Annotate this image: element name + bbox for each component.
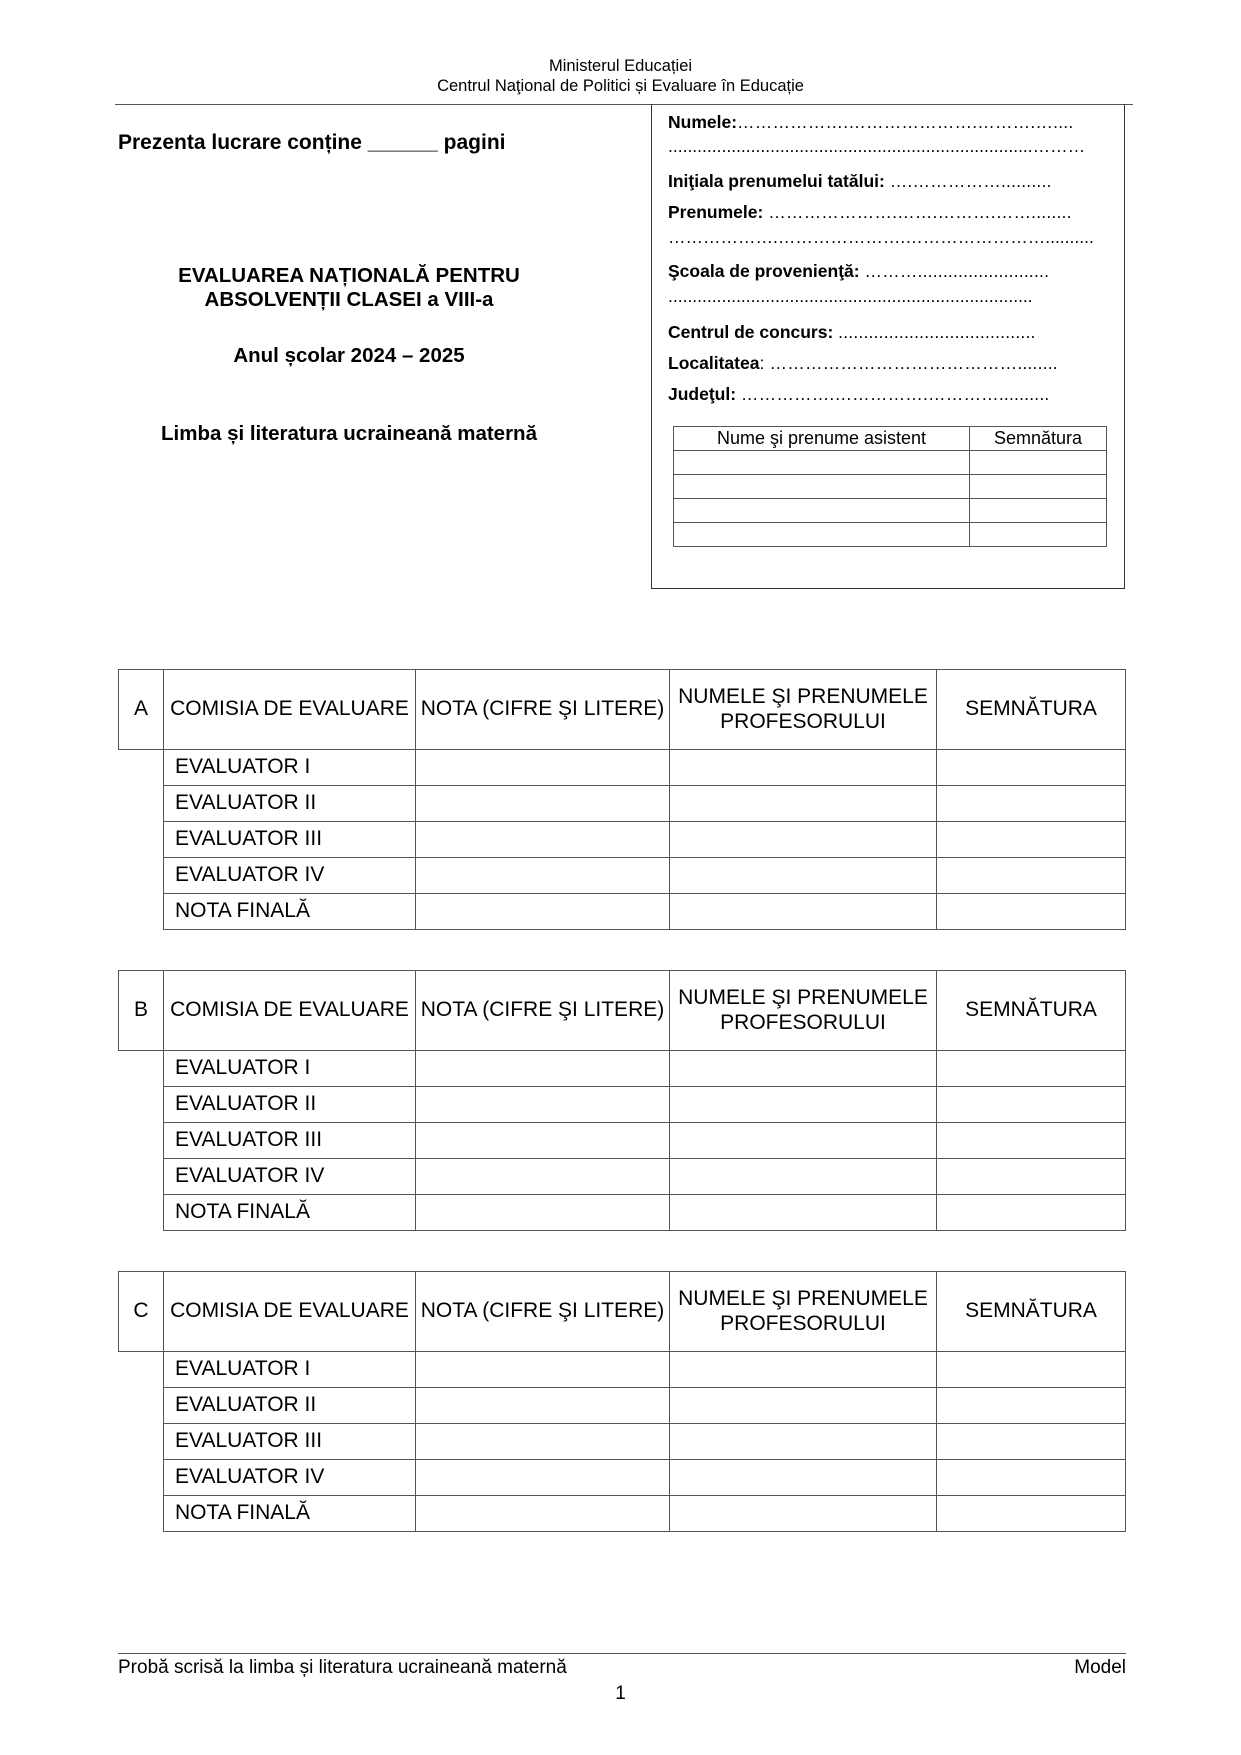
candidate-id-box: Numele:……………….………………….……….….... ........… (651, 104, 1125, 589)
evaluator-label: EVALUATOR I (164, 1051, 416, 1087)
field-name[interactable]: Numele:……………….………………….……….….... (668, 112, 1108, 133)
grade-cell[interactable] (416, 1087, 670, 1123)
evaluator-label: EVALUATOR I (164, 750, 416, 786)
teacher-name-cell[interactable] (670, 1123, 937, 1159)
assistant-name-header: Nume şi prenume asistent (674, 427, 970, 451)
evaluator-row: EVALUATOR I (119, 750, 1126, 786)
field-name-continued[interactable]: ........................................… (668, 136, 1108, 157)
blank-spacer (119, 1424, 164, 1460)
blank-spacer (119, 1388, 164, 1424)
assistant-row (674, 523, 1107, 547)
grade-cell[interactable] (416, 1159, 670, 1195)
teacher-name-cell[interactable] (670, 822, 937, 858)
grade-cell[interactable] (416, 822, 670, 858)
teacher-name-cell[interactable] (670, 1460, 937, 1496)
signature-cell[interactable] (937, 1159, 1126, 1195)
teacher-name-cell[interactable] (670, 1496, 937, 1532)
teacher-name-cell[interactable] (670, 858, 937, 894)
signature-header: SEMNĂTURA (937, 1272, 1126, 1352)
evaluator-label: EVALUATOR IV (164, 1159, 416, 1195)
exam-title-line2: ABSOLVENȚII CLASEI a VIII-a (118, 288, 580, 312)
signature-header: SEMNĂTURA (937, 670, 1126, 750)
signature-header: SEMNĂTURA (937, 971, 1126, 1051)
signature-cell[interactable] (937, 1123, 1126, 1159)
evaluation-table-a: ACOMISIA DE EVALUARENOTA (CIFRE ŞI LITER… (118, 669, 1126, 930)
grade-cell[interactable] (416, 1123, 670, 1159)
grade-cell[interactable] (416, 786, 670, 822)
assistant-signature-cell[interactable] (970, 475, 1107, 499)
footer-divider (118, 1653, 1126, 1654)
teacher-name-cell[interactable] (670, 1159, 937, 1195)
signature-cell[interactable] (937, 1087, 1126, 1123)
blank-spacer (119, 1496, 164, 1532)
ministry-name: Ministerul Educației (0, 56, 1241, 76)
evaluator-row: EVALUATOR IV (119, 1460, 1126, 1496)
blank-spacer (119, 1123, 164, 1159)
evaluator-row: EVALUATOR II (119, 1388, 1126, 1424)
signature-cell[interactable] (937, 1424, 1126, 1460)
signature-cell[interactable] (937, 1352, 1126, 1388)
teacher-name-cell[interactable] (670, 1388, 937, 1424)
signature-cell[interactable] (937, 1195, 1126, 1231)
blank-spacer (119, 1195, 164, 1231)
evaluator-row: EVALUATOR II (119, 786, 1126, 822)
grade-cell[interactable] (416, 858, 670, 894)
grade-cell[interactable] (416, 750, 670, 786)
grade-cell[interactable] (416, 1460, 670, 1496)
grade-header: NOTA (CIFRE ŞI LITERE) (416, 1272, 670, 1352)
blank-spacer (119, 750, 164, 786)
field-county[interactable]: Judeţul: …………….…………….………….......... (668, 384, 1108, 405)
school-year: Anul școlar 2024 – 2025 (118, 344, 580, 368)
evaluator-row: NOTA FINALĂ (119, 894, 1126, 930)
center-name: Centrul Naţional de Politici și Evaluare… (0, 76, 1241, 96)
evaluator-row: EVALUATOR IV (119, 858, 1126, 894)
page-header: Ministerul Educației Centrul Naţional de… (0, 56, 1241, 96)
evaluator-label: EVALUATOR II (164, 1087, 416, 1123)
page-count-line[interactable]: Prezenta lucrare conține ______ pagini (118, 131, 506, 155)
field-first-name[interactable]: Prenumele: ………………….…….……….……........ (668, 202, 1108, 223)
evaluator-row: NOTA FINALĂ (119, 1496, 1126, 1532)
teacher-name-cell[interactable] (670, 1424, 937, 1460)
signature-cell[interactable] (937, 1051, 1126, 1087)
commission-header: COMISIA DE EVALUARE (164, 971, 416, 1051)
evaluator-label: EVALUATOR II (164, 1388, 416, 1424)
blank-spacer (119, 858, 164, 894)
teacher-name-header: NUMELE ŞI PRENUMELE PROFESORULUI (670, 670, 937, 750)
teacher-name-cell[interactable] (670, 750, 937, 786)
evaluation-table-c: CCOMISIA DE EVALUARENOTA (CIFRE ŞI LITER… (118, 1271, 1126, 1532)
field-father-initial[interactable]: Iniţiala prenumelui tatălui: ….……………....… (668, 171, 1108, 192)
evaluator-label: EVALUATOR IV (164, 858, 416, 894)
grade-cell[interactable] (416, 1352, 670, 1388)
blank-spacer (119, 1159, 164, 1195)
field-school-continued[interactable]: ........................................… (668, 286, 1108, 307)
blank-spacer (119, 894, 164, 930)
section-letter: A (119, 670, 164, 750)
teacher-name-header: NUMELE ŞI PRENUMELE PROFESORULUI (670, 971, 937, 1051)
evaluator-label: EVALUATOR I (164, 1352, 416, 1388)
commission-header: COMISIA DE EVALUARE (164, 670, 416, 750)
assistant-signature-cell[interactable] (970, 499, 1107, 523)
subject-title: Limba și literatura ucraineană maternă (118, 422, 580, 446)
evaluation-table-b: BCOMISIA DE EVALUARENOTA (CIFRE ŞI LITER… (118, 970, 1126, 1231)
signature-cell[interactable] (937, 1460, 1126, 1496)
evaluator-row: EVALUATOR IV (119, 1159, 1126, 1195)
footer-exam-name: Probă scrisă la limba și literatura ucra… (118, 1657, 567, 1679)
assistant-table: Nume şi prenume asistent Semnătura (673, 426, 1107, 547)
evaluator-row: EVALUATOR III (119, 822, 1126, 858)
signature-cell[interactable] (937, 822, 1126, 858)
assistant-name-cell[interactable] (674, 499, 970, 523)
field-first-name-continued[interactable]: ……………….………………….…………………….......... (668, 227, 1108, 248)
teacher-name-header: NUMELE ŞI PRENUMELE PROFESORULUI (670, 1272, 937, 1352)
evaluator-row: EVALUATOR III (119, 1123, 1126, 1159)
grade-cell[interactable] (416, 1051, 670, 1087)
evaluator-label: NOTA FINALĂ (164, 1195, 416, 1231)
grade-header: NOTA (CIFRE ŞI LITERE) (416, 971, 670, 1051)
teacher-name-cell[interactable] (670, 1087, 937, 1123)
teacher-name-cell[interactable] (670, 1352, 937, 1388)
evaluator-row: EVALUATOR I (119, 1352, 1126, 1388)
blank-spacer (119, 1352, 164, 1388)
blank-spacer (119, 786, 164, 822)
footer-model-label: Model (1074, 1657, 1126, 1679)
assistant-row (674, 499, 1107, 523)
page-number: 1 (0, 1683, 1241, 1705)
blank-spacer (119, 1460, 164, 1496)
assistant-signature-cell[interactable] (970, 451, 1107, 475)
grade-cell[interactable] (416, 1195, 670, 1231)
signature-cell[interactable] (937, 1496, 1126, 1532)
section-letter: C (119, 1272, 164, 1352)
teacher-name-cell[interactable] (670, 1195, 937, 1231)
blank-spacer (119, 1051, 164, 1087)
commission-header: COMISIA DE EVALUARE (164, 1272, 416, 1352)
blank-spacer (119, 1087, 164, 1123)
assistant-name-cell[interactable] (674, 451, 970, 475)
signature-cell[interactable] (937, 894, 1126, 930)
evaluator-row: EVALUATOR III (119, 1424, 1126, 1460)
assistant-row (674, 475, 1107, 499)
field-exam-center[interactable]: Centrul de concurs: ....................… (668, 322, 1108, 343)
assistant-name-cell[interactable] (674, 523, 970, 547)
section-letter: B (119, 971, 164, 1051)
signature-cell[interactable] (937, 858, 1126, 894)
evaluator-label: EVALUATOR II (164, 786, 416, 822)
signature-cell[interactable] (937, 1388, 1126, 1424)
evaluator-label: EVALUATOR III (164, 822, 416, 858)
teacher-name-cell[interactable] (670, 894, 937, 930)
signature-cell[interactable] (937, 786, 1126, 822)
grade-cell[interactable] (416, 1424, 670, 1460)
assistant-signature-cell[interactable] (970, 523, 1107, 547)
grade-cell[interactable] (416, 1496, 670, 1532)
evaluator-row: EVALUATOR I (119, 1051, 1126, 1087)
signature-cell[interactable] (937, 750, 1126, 786)
assistant-row (674, 451, 1107, 475)
grade-cell[interactable] (416, 1388, 670, 1424)
evaluator-label: EVALUATOR III (164, 1123, 416, 1159)
grade-header: NOTA (CIFRE ŞI LITERE) (416, 670, 670, 750)
evaluator-label: EVALUATOR III (164, 1424, 416, 1460)
exam-title: EVALUAREA NAȚIONALĂ PENTRU ABSOLVENȚII C… (118, 264, 580, 312)
evaluator-label: NOTA FINALĂ (164, 894, 416, 930)
assistant-signature-header: Semnătura (970, 427, 1107, 451)
evaluator-label: NOTA FINALĂ (164, 1496, 416, 1532)
assistant-name-cell[interactable] (674, 475, 970, 499)
evaluator-row: EVALUATOR II (119, 1087, 1126, 1123)
teacher-name-cell[interactable] (670, 1051, 937, 1087)
evaluator-row: NOTA FINALĂ (119, 1195, 1126, 1231)
field-school[interactable]: Şcoala de provenienţă: ………..............… (668, 261, 1108, 282)
blank-spacer (119, 822, 164, 858)
evaluator-label: EVALUATOR IV (164, 1460, 416, 1496)
grade-cell[interactable] (416, 894, 670, 930)
teacher-name-cell[interactable] (670, 786, 937, 822)
exam-title-line1: EVALUAREA NAȚIONALĂ PENTRU (118, 264, 580, 288)
field-locality[interactable]: Localitatea: ……………………………………........ (668, 353, 1108, 374)
